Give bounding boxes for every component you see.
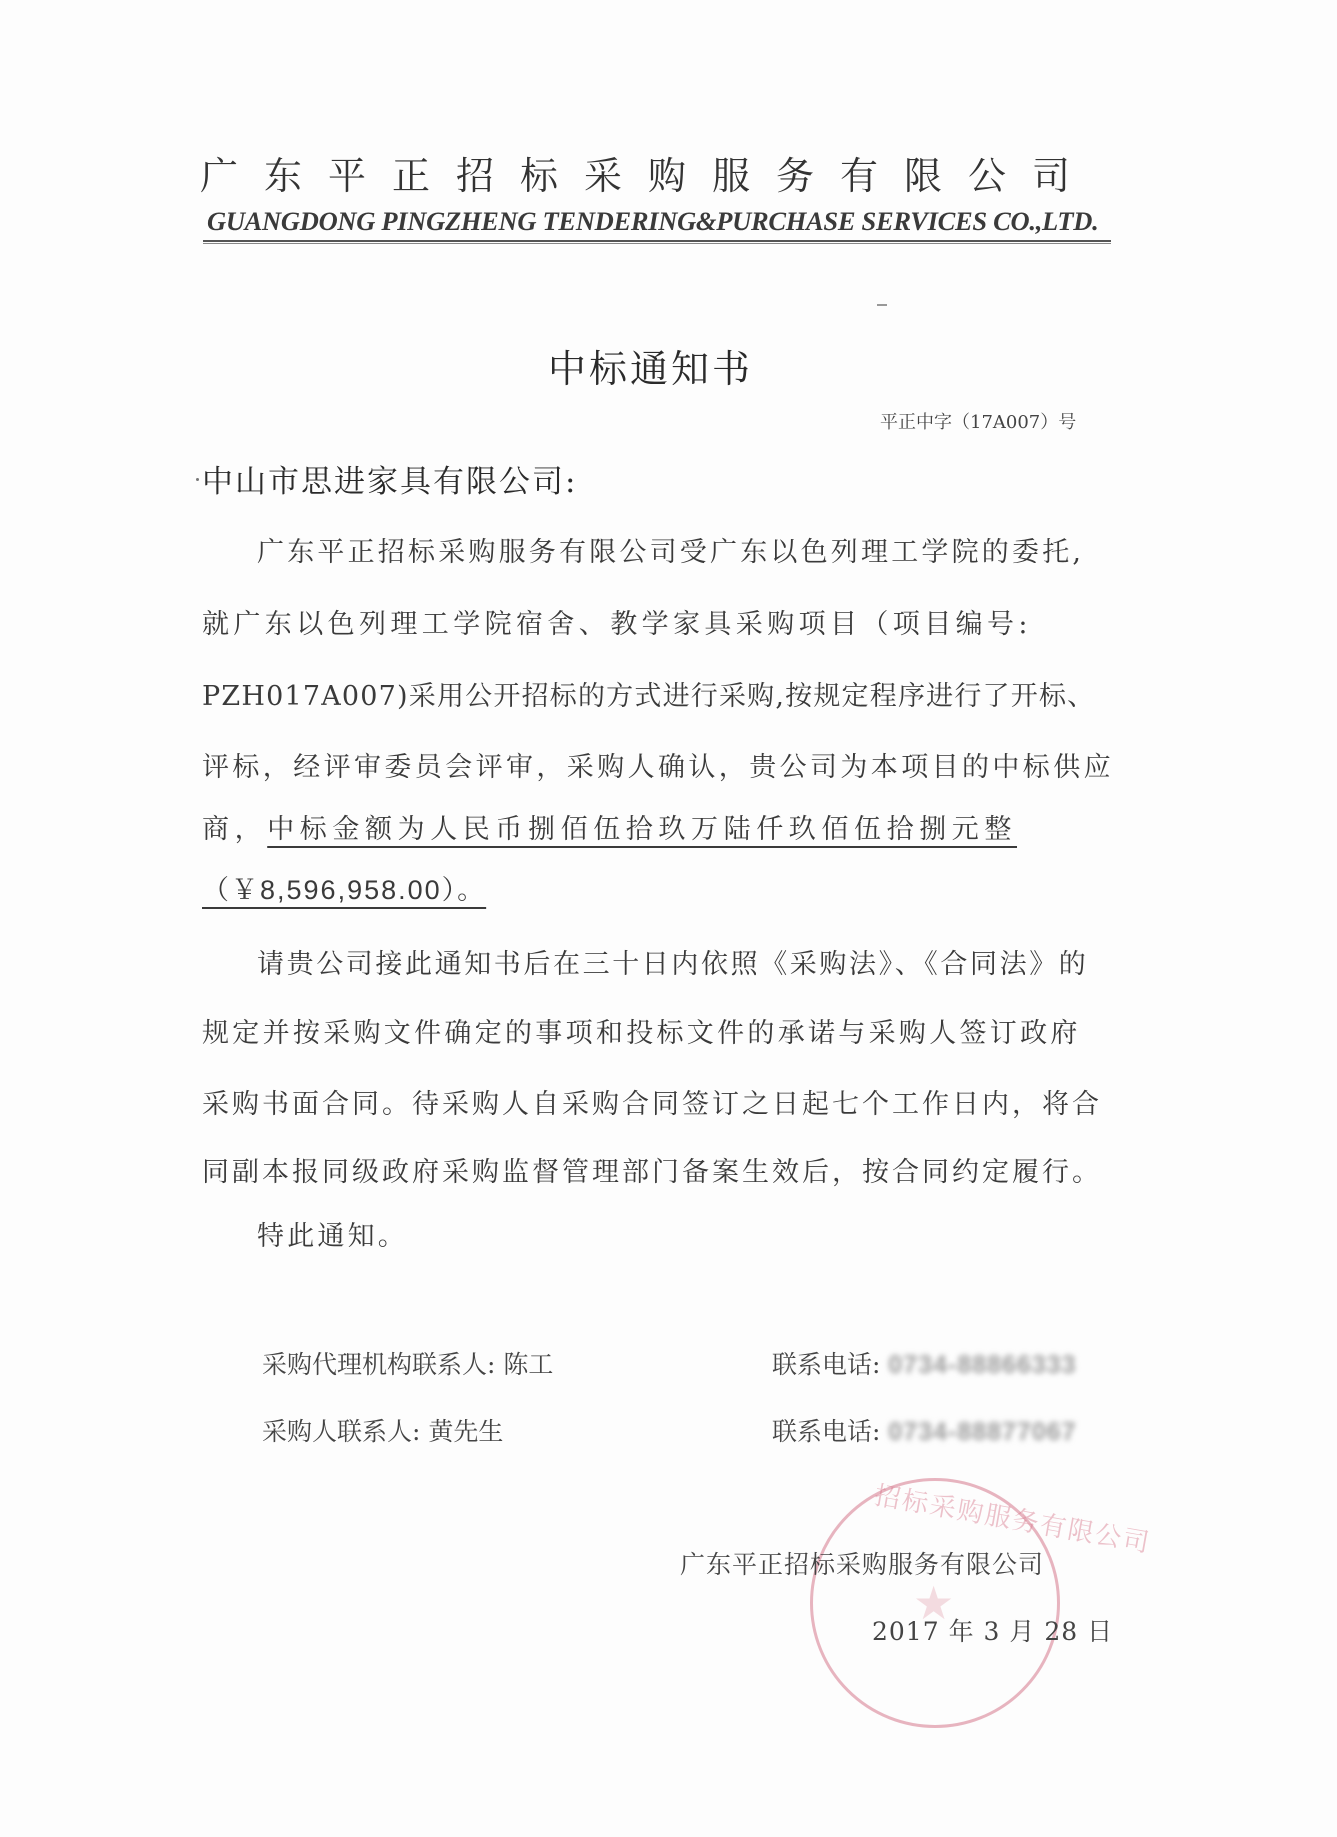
agency-phone: 联系电话: 0734-88866333 xyxy=(772,1345,1077,1381)
body-line-9: 采购书面合同。待采购人自采购合同签订之日起七个工作日内，将合 xyxy=(202,1082,1102,1121)
body-line-1: 广东平正招标采购服务有限公司受广东以色列理工学院的委托, xyxy=(257,530,1084,569)
body-line-7: 请贵公司接此通知书后在三十日内依照《采购法》、《合同法》的 xyxy=(257,942,1088,981)
body-line-2: 就广东以色列理工学院宿舍、教学家具采购项目（项目编号: xyxy=(202,602,1032,641)
body-line-10: 同副本报同级政府采购监督管理部门备案生效后，按合同约定履行。 xyxy=(202,1150,1102,1189)
signature-company: 广东平正招标采购服务有限公司 xyxy=(680,1545,1044,1581)
letterhead-company-cn: 广东平正招标采购服务有限公司 xyxy=(200,145,1080,200)
letterhead-divider xyxy=(203,240,1111,244)
scan-mark xyxy=(877,304,887,306)
closing: 特此通知。 xyxy=(257,1214,408,1253)
body-line-8: 规定并按采购文件确定的事项和投标文件的承诺与采购人签订政府 xyxy=(202,1011,1081,1050)
phone-value-redacted: 0734-88877067 xyxy=(888,1418,1076,1447)
phone-value-redacted: 0734-88866333 xyxy=(888,1351,1076,1380)
purchaser-phone: 联系电话: 0734-88877067 xyxy=(772,1412,1077,1448)
scan-dot xyxy=(196,478,199,481)
body-line-3: PZH017A007)采用公开招标的方式进行采购,按规定程序进行了开标、 xyxy=(202,674,1095,713)
body-line-6: （￥8,596,958.00）。 xyxy=(202,868,486,907)
agency-contact: 采购代理机构联系人: 陈工 xyxy=(262,1345,553,1381)
phone-label: 联系电话: xyxy=(772,1350,880,1379)
company-seal: 招标采购服务有限公司 ★ xyxy=(810,1478,1060,1728)
document-number: 平正中字（17A007）号 xyxy=(880,408,1076,434)
amount-prefix: 商， xyxy=(202,814,267,845)
document-page: 广东平正招标采购服务有限公司 GUANGDONG PINGZHENG TENDE… xyxy=(0,0,1337,1837)
purchaser-contact: 采购人联系人: 黄先生 xyxy=(262,1412,503,1448)
award-amount-number: （￥8,596,958.00）。 xyxy=(202,875,486,905)
body-line-4: 评标，经评审委员会评审，采购人确认，贵公司为本项目的中标供应 xyxy=(202,745,1114,784)
phone-label: 联系电话: xyxy=(772,1417,880,1446)
signature-date: 2017 年 3 月 28 日 xyxy=(872,1612,1113,1648)
body-line-5: 商，中标金额为人民币捌佰伍拾玖万陆仟玖佰伍拾捌元整 xyxy=(202,807,1017,846)
document-title: 中标通知书 xyxy=(548,338,753,393)
award-amount-words: 中标金额为人民币捌佰伍拾玖万陆仟玖佰伍拾捌元整 xyxy=(267,814,1017,845)
addressee: 中山市思进家具有限公司: xyxy=(202,456,577,501)
letterhead-company-en: GUANGDONG PINGZHENG TENDERING&PURCHASE S… xyxy=(207,206,1107,237)
